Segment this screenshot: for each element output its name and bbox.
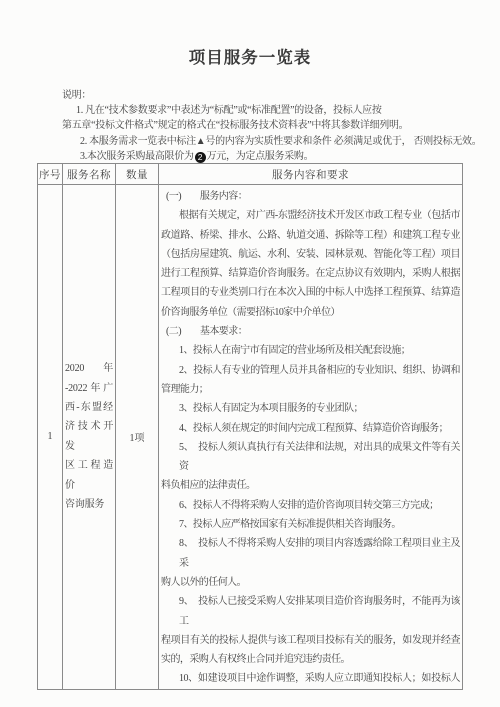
document-page: 项目服务一览表 说明： 1. 凡在“技术参数要求”中表述为“标配”或“标准配置”…: [0, 0, 500, 707]
content-line: 9、 投标人已接受采购人安排某项目造价咨询服务时，不能再为该工: [161, 592, 460, 631]
content-line: 3、投标人有固定为本项目服务的专业团队；: [161, 399, 460, 418]
note-line-2: 2. 本服务需求一览表中标注▲号的内容为实质性要求和条件 必须满足或优于， 否则…: [62, 134, 478, 149]
content-line: 料负相应的法律责任。: [161, 476, 460, 495]
service-name-line: 2020年: [65, 359, 113, 378]
content-line: 1、投标人在南宁市有固定的营业场所及相关配套设施；: [161, 341, 460, 360]
content-line: (一) 服务内容：: [161, 187, 460, 206]
content-line: (二) 基本要求：: [161, 322, 460, 341]
service-name-block: 2020年-2022年广西-东盟经济技术开发区工程造价咨询服务: [63, 359, 115, 514]
note-line-3: 3.本次服务采购最高限价为2万元，为定点服务采购。: [62, 149, 478, 164]
content-line: 7、投标人应严格按国家有关标准提供相关咨询服务。: [161, 515, 460, 534]
col-header-seq: 序号: [38, 164, 63, 185]
service-name-line: 区工程造价: [65, 456, 113, 495]
notes-section: 说明： 1. 凡在“技术参数要求”中表述为“标配”或“标准配置”的设备，投标人应…: [62, 88, 478, 164]
content-line: 4、投标人须在规定的时间内完成工程预算、结算造价咨询服务；: [161, 419, 460, 438]
content-line: 5、 投标人须认真执行有关法律和法规，对出具的成果文件等有关资: [161, 438, 460, 477]
content-line: 工程项目的专业类别口行在本次入围的中标人中选择工程预算、结算造: [161, 283, 460, 302]
col-header-service-name: 服务名称: [63, 164, 116, 185]
content-line: （包括房屋建筑、航运、水利、安装、园林景观、智能化等工程）项目: [161, 245, 460, 264]
service-name-line: 咨询服务: [65, 495, 113, 514]
note-line-3-suffix: 万元，为定点服务采购。: [207, 151, 314, 162]
col-header-quantity: 数量: [116, 164, 159, 185]
content-line: 程项目有关的投标人提供与该工程项目投标有关的服务，如发现并经查: [161, 631, 460, 650]
content-cell: (一) 服务内容：根据有关规定，对广西-东盟经济技术开发区市政工程专业（包括市政…: [159, 185, 463, 690]
content-line: 进行工程预算、结算造价咨询服务。在定点协议有效期内，采购人根据: [161, 264, 460, 283]
note-line-1: 1. 凡在“技术参数要求”中表述为“标配”或“标准配置”的设备，投标人应按: [62, 103, 478, 118]
content-line: 根据有关规定，对广西-东盟经济技术开发区市政工程专业（包括市: [161, 206, 460, 225]
content-line: 价咨询服务单位（需要招标10家中介单位）: [161, 303, 460, 322]
service-name-line: 济技术开发: [65, 417, 113, 456]
table-header-row: 序号 服务名称 数量 服务内容和要求: [38, 164, 463, 185]
content-line: 2、投标人有专业的管理人员并具备相应的专业知识、组织、协调和: [161, 361, 460, 380]
service-name-line: 西-东盟经: [65, 398, 113, 417]
quantity-cell: 1项: [116, 185, 159, 690]
content-line: 管理能力；: [161, 380, 460, 399]
col-header-content: 服务内容和要求: [159, 164, 463, 185]
service-table: 序号 服务名称 数量 服务内容和要求 1 2020年-2022年广西-东盟经济技…: [37, 163, 463, 690]
content-line: 10、如建设项目中途作调整，采购人应立即通知投标人；如投标人: [161, 669, 460, 688]
table-row: 1 2020年-2022年广西-东盟经济技术开发区工程造价咨询服务 1项 (一)…: [38, 185, 463, 690]
content-block: (一) 服务内容：根据有关规定，对广西-东盟经济技术开发区市政工程专业（包括市政…: [159, 185, 462, 689]
masked-number-badge: 2: [195, 152, 206, 163]
note-line-1-continued: 第五章“投标文件格式”规定的格式在“投标服务技术资料表”中将其参数详细列明。: [62, 118, 478, 133]
seq-cell: 1: [38, 185, 63, 690]
content-line: 6、投标人不得将采购人安排的造价咨询项目转交第三方完成；: [161, 496, 460, 515]
service-name-cell: 2020年-2022年广西-东盟经济技术开发区工程造价咨询服务: [63, 185, 116, 690]
note-line-3-prefix: 3.本次服务采购最高限价为: [80, 151, 194, 162]
page-title: 项目服务一览表: [0, 44, 500, 68]
service-name-line: -2022年广: [65, 379, 113, 398]
notes-label: 说明：: [62, 88, 478, 103]
content-line: 8、 投标人不得将采购人安排的项目内容透露给除工程项目业主及采: [161, 534, 460, 573]
content-line: 政道路、桥梁、排水、公路、轨道交通、拆除等工程）和建筑工程专业: [161, 226, 460, 245]
content-line: 实的，采购人有权终止合同并追究违约责任。: [161, 650, 460, 669]
content-line: 购人以外的任何人。: [161, 573, 460, 592]
